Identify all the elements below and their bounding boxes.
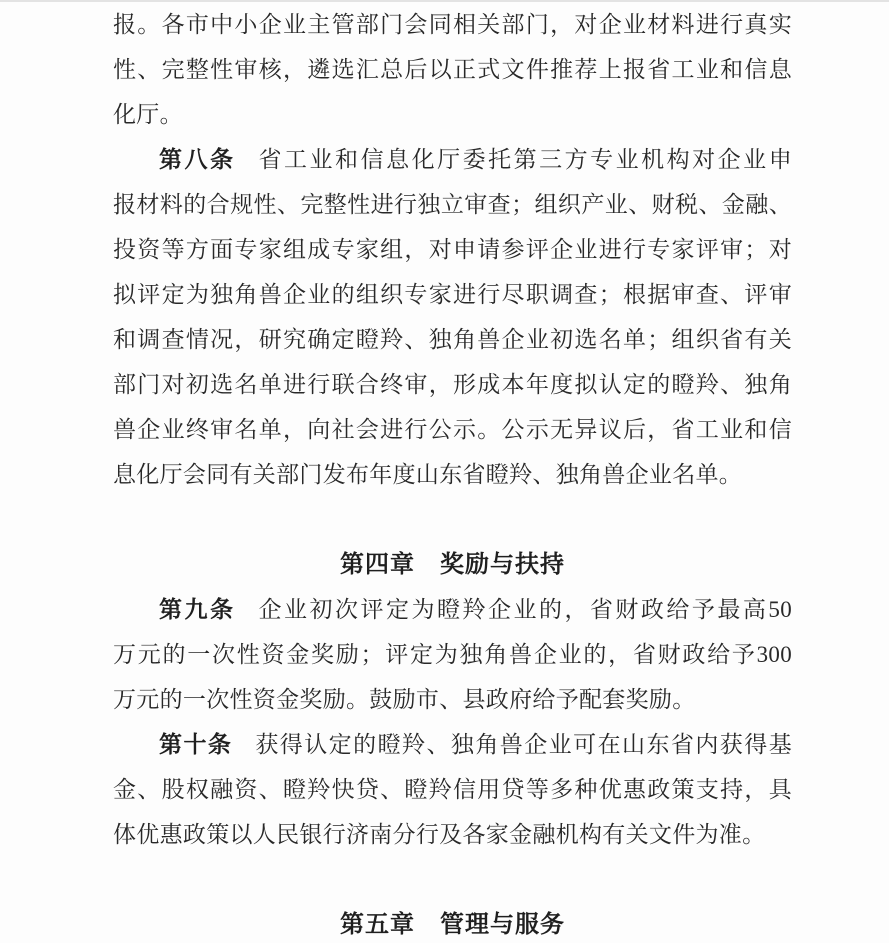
text-line: 万元的一次性资金奖励。鼓励市、县政府给予配套奖励。 (113, 677, 792, 722)
article-text: 获得认定的瞪羚、独角兽企业可在山东省内获得基 (255, 732, 792, 757)
text-line: 第八条省工业和信息化厅委托第三方专业机构对企业申 (113, 137, 792, 182)
article-number: 第十条 (159, 731, 232, 757)
text-line: 第十条获得认定的瞪羚、独角兽企业可在山东省内获得基 (113, 722, 792, 767)
document-page: 报。各市中小企业主管部门会同相关部门，对企业材料进行真实 性、完整性审核，遴选汇… (0, 0, 889, 943)
text-line: 拟评定为独角兽企业的组织专家进行尽职调查；根据审查、评审 (113, 272, 792, 317)
text-line: 息化厅会同有关部门发布年度山东省瞪羚、独角兽企业名单。 (113, 452, 792, 497)
chapter-heading-4: 第四章 奖励与扶持 (113, 542, 792, 587)
text-line: 兽企业终审名单，向社会进行公示。公示无异议后，省工业和信 (113, 407, 792, 452)
text-line: 性、完整性审核，遴选汇总后以正式文件推荐上报省工业和信息 (113, 47, 792, 92)
text-line: 体优惠政策以人民银行济南分行及各家金融机构有关文件为准。 (113, 812, 792, 857)
text-line: 报。各市中小企业主管部门会同相关部门，对企业材料进行真实 (113, 2, 792, 47)
article-text: 企业初次评定为瞪羚企业的，省财政给予最高50 (259, 597, 793, 622)
chapter-heading-5: 第五章 管理与服务 (113, 902, 792, 943)
article-number: 第八条 (159, 146, 236, 172)
text-line: 化厅。 (113, 92, 792, 137)
text-line: 报材料的合规性、完整性进行独立审查；组织产业、财税、金融、 (113, 182, 792, 227)
text-line: 和调查情况，研究确定瞪羚、独角兽企业初选名单；组织省有关 (113, 317, 792, 362)
article-text: 省工业和信息化厅委托第三方专业机构对企业申 (259, 147, 792, 172)
text-line: 第九条企业初次评定为瞪羚企业的，省财政给予最高50 (113, 587, 792, 632)
article-number: 第九条 (159, 596, 236, 622)
text-line: 投资等方面专家组成专家组，对申请参评企业进行专家评审；对 (113, 227, 792, 272)
text-line: 部门对初选名单进行联合终审，形成本年度拟认定的瞪羚、独角 (113, 362, 792, 407)
text-line: 万元的一次性资金奖励；评定为独角兽企业的，省财政给予300 (113, 632, 792, 677)
text-line: 金、股权融资、瞪羚快贷、瞪羚信用贷等多种优惠政策支持，具 (113, 767, 792, 812)
